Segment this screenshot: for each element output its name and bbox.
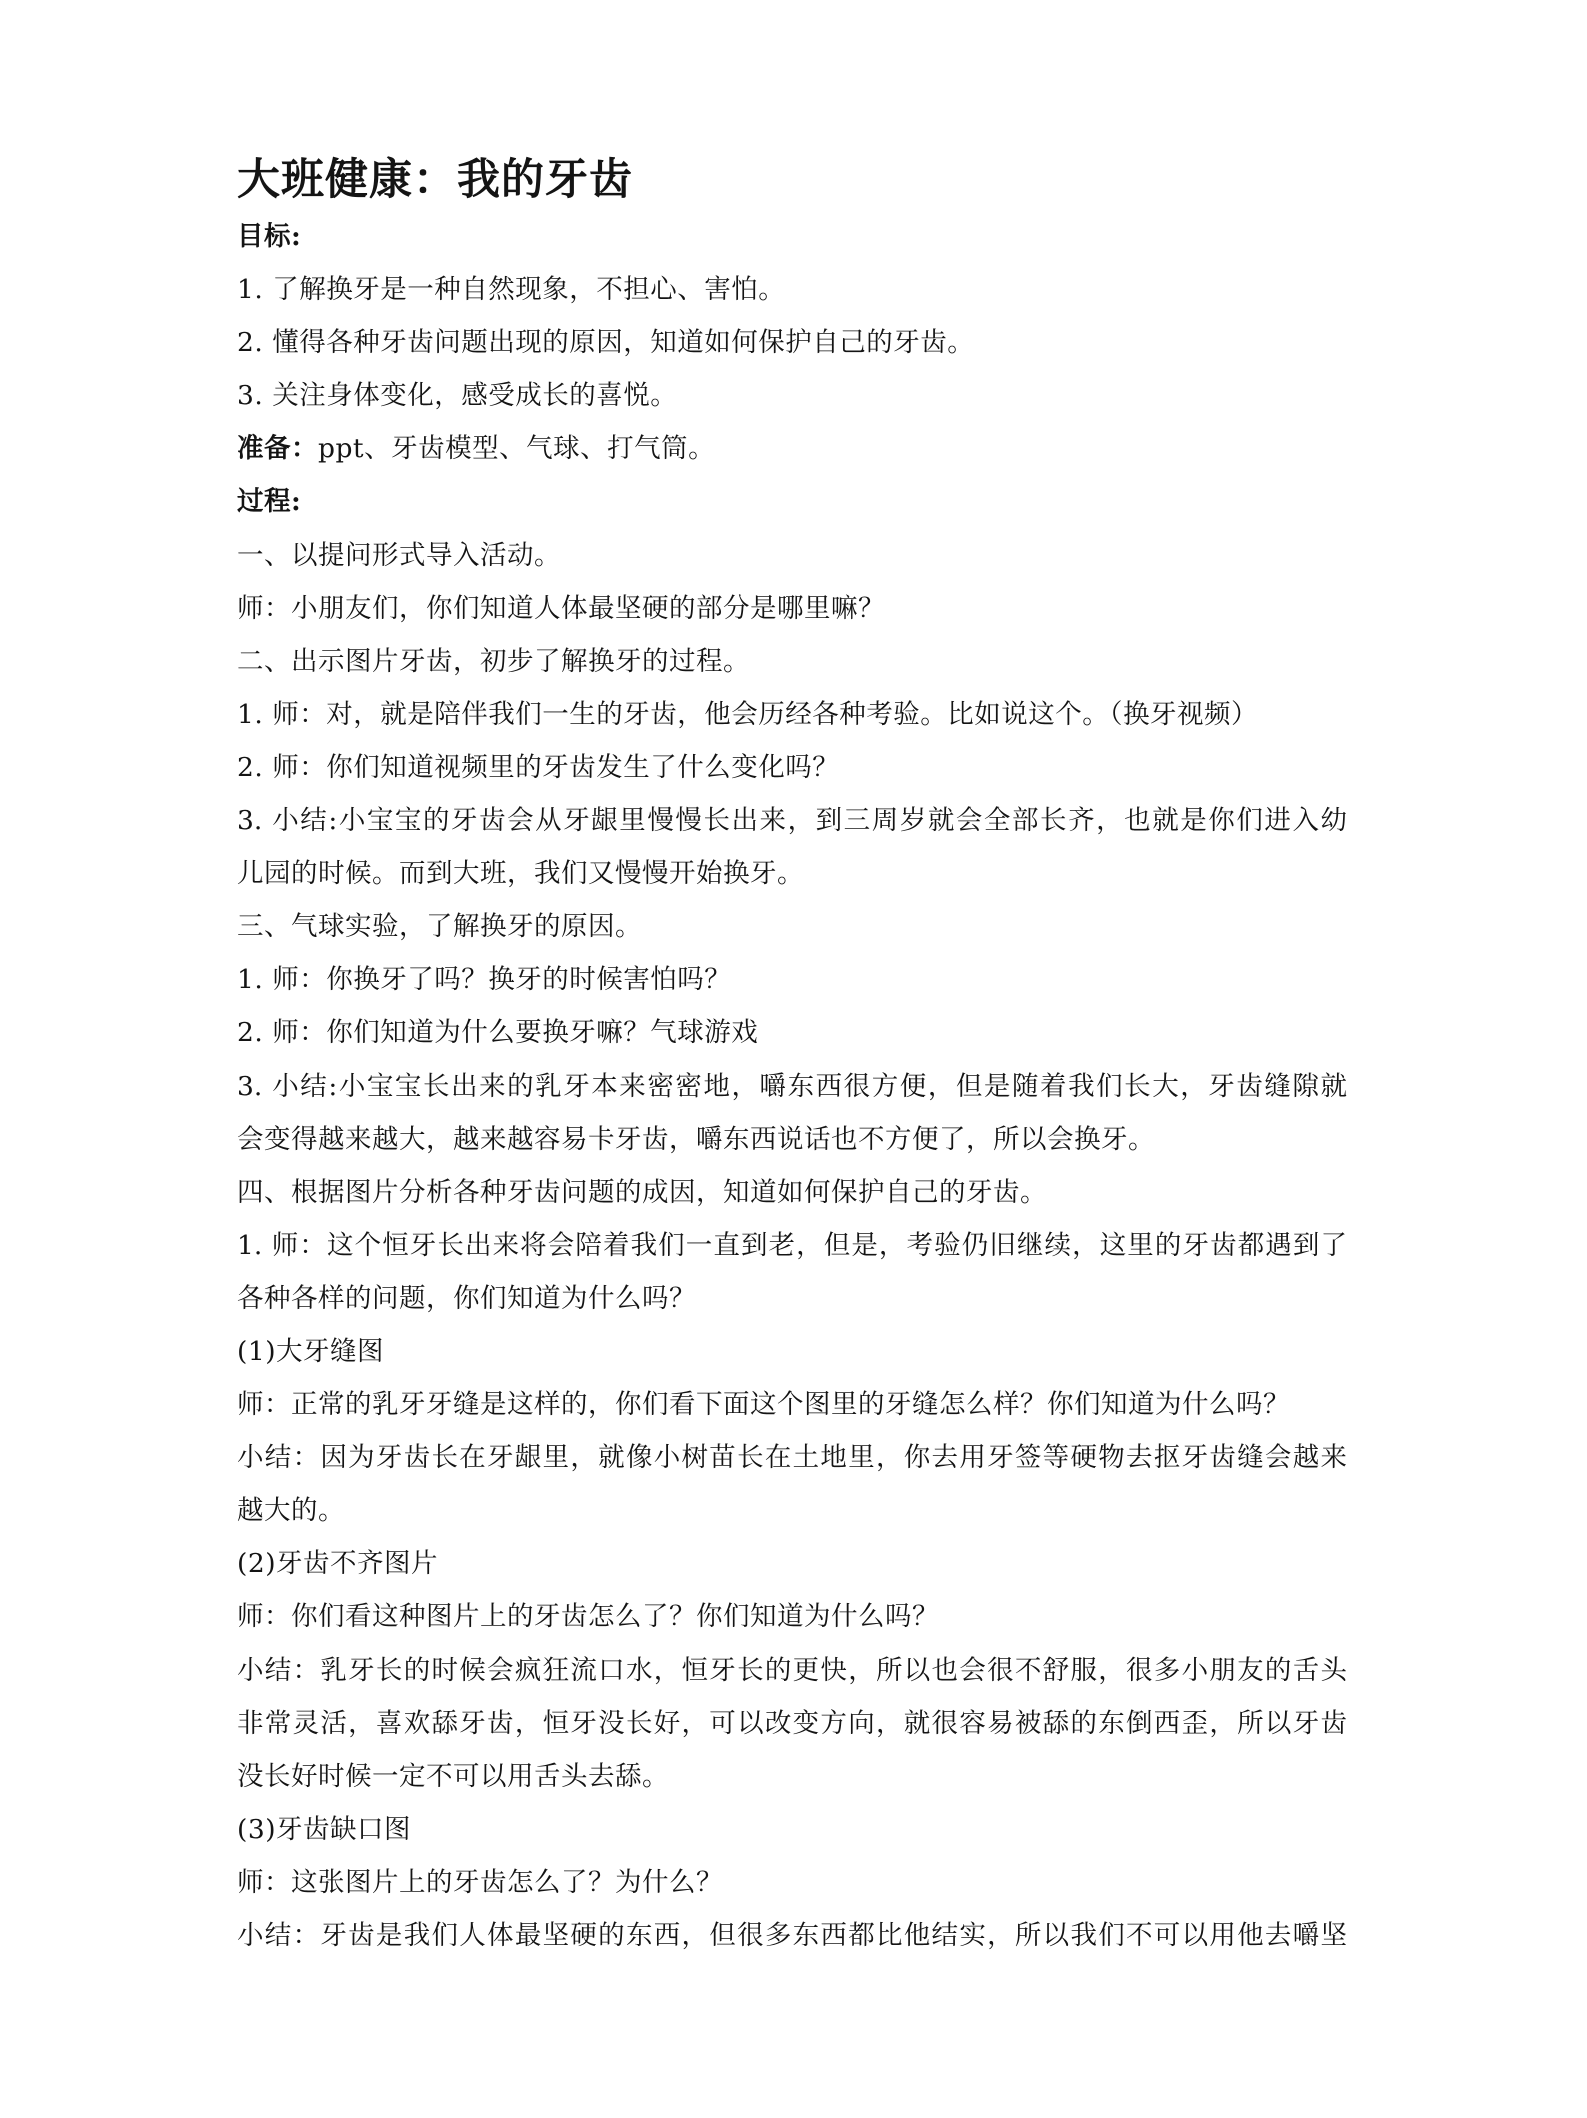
- doc-line: 师：这张图片上的牙齿怎么了？为什么？: [237, 1856, 1347, 1909]
- doc-line: 越大的。: [237, 1484, 1347, 1537]
- goal-item-2: 2. 懂得各种牙齿问题出现的原因，知道如何保护自己的牙齿。: [237, 316, 1347, 369]
- doc-line: 2. 师：你们知道视频里的牙齿发生了什么变化吗？: [237, 741, 1347, 794]
- doc-line: 非常灵活，喜欢舔牙齿，恒牙没长好，可以改变方向，就很容易被舔的东倒西歪，所以牙齿: [237, 1697, 1347, 1750]
- doc-line: 1. 师：对，就是陪伴我们一生的牙齿，他会历经各种考验。比如说这个。（换牙视频）: [237, 688, 1347, 741]
- doc-line: 3. 小结:小宝宝长出来的乳牙本来密密地，嚼东西很方便，但是随着我们长大，牙齿缝…: [237, 1060, 1347, 1113]
- goal-item-3: 3. 关注身体变化，感受成长的喜悦。: [237, 369, 1347, 422]
- doc-line: (1)大牙缝图: [237, 1325, 1347, 1378]
- document-title: 大班健康：我的牙齿: [237, 0, 1347, 210]
- doc-line: 四、根据图片分析各种牙齿问题的成因，知道如何保护自己的牙齿。: [237, 1166, 1347, 1219]
- prep-line: 准备：ppt、牙齿模型、气球、打气筒。: [237, 422, 1347, 475]
- prep-text: ppt、牙齿模型、气球、打气筒。: [318, 433, 715, 464]
- doc-line: 小结：牙齿是我们人体最坚硬的东西，但很多东西都比他结实，所以我们不可以用他去嚼坚: [237, 1909, 1347, 1962]
- doc-line: 会变得越来越大，越来越容易卡牙齿，嚼东西说话也不方便了，所以会换牙。: [237, 1113, 1347, 1166]
- doc-line: (2)牙齿不齐图片: [237, 1537, 1347, 1590]
- doc-line: (3)牙齿缺口图: [237, 1803, 1347, 1856]
- doc-line: 师：你们看这种图片上的牙齿怎么了？你们知道为什么吗？: [237, 1590, 1347, 1643]
- doc-line: 3. 小结:小宝宝的牙齿会从牙龈里慢慢长出来，到三周岁就会全部长齐，也就是你们进…: [237, 794, 1347, 847]
- doc-line: 小结：因为牙齿长在牙龈里，就像小树苗长在土地里，你去用牙签等硬物去抠牙齿缝会越来: [237, 1431, 1347, 1484]
- doc-line: 师：小朋友们，你们知道人体最坚硬的部分是哪里嘛？: [237, 582, 1347, 635]
- document-content: 大班健康：我的牙齿 目标: 1. 了解换牙是一种自然现象，不担心、害怕。 2. …: [0, 0, 1587, 1962]
- doc-line: 一、以提问形式导入活动。: [237, 529, 1347, 582]
- doc-line: 三、气球实验，了解换牙的原因。: [237, 900, 1347, 953]
- process-heading: 过程:: [237, 475, 1347, 528]
- doc-line: 儿园的时候。而到大班，我们又慢慢开始换牙。: [237, 847, 1347, 900]
- goal-item-1: 1. 了解换牙是一种自然现象，不担心、害怕。: [237, 263, 1347, 316]
- doc-line: 2. 师：你们知道为什么要换牙嘛？气球游戏: [237, 1006, 1347, 1059]
- doc-line: 没长好时候一定不可以用舌头去舔。: [237, 1750, 1347, 1803]
- goals-heading: 目标:: [237, 210, 1347, 263]
- doc-line: 二、出示图片牙齿，初步了解换牙的过程。: [237, 635, 1347, 688]
- doc-line: 小结：乳牙长的时候会疯狂流口水，恒牙长的更快，所以也会很不舒服，很多小朋友的舌头: [237, 1644, 1347, 1697]
- document-page: 大班健康：我的牙齿 目标: 1. 了解换牙是一种自然现象，不担心、害怕。 2. …: [0, 0, 1587, 2118]
- doc-line: 各种各样的问题，你们知道为什么吗？: [237, 1272, 1347, 1325]
- prep-label: 准备：: [237, 433, 318, 464]
- doc-line: 1. 师：这个恒牙长出来将会陪着我们一直到老，但是，考验仍旧继续，这里的牙齿都遇…: [237, 1219, 1347, 1272]
- doc-line: 师：正常的乳牙牙缝是这样的，你们看下面这个图里的牙缝怎么样？你们知道为什么吗？: [237, 1378, 1347, 1431]
- doc-line: 1. 师：你换牙了吗？换牙的时候害怕吗？: [237, 953, 1347, 1006]
